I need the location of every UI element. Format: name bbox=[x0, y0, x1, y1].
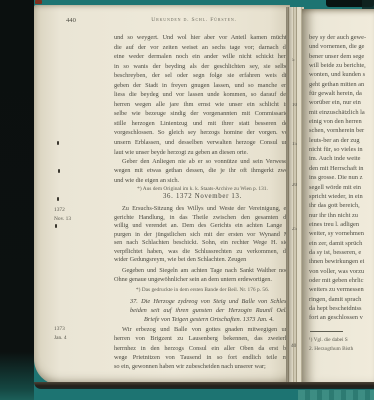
text-line: purgen in der jüngstlichen sich mit der … bbox=[114, 231, 291, 240]
text-line: leuts-ber an der zug bbox=[309, 136, 374, 145]
right-page-line-numbers: 510152025 bbox=[292, 0, 304, 400]
text-line: bey sy der auch gewe- bbox=[309, 33, 374, 42]
text-line: herren von Brigzent zu Lausenberg bekenn… bbox=[114, 334, 291, 343]
text-line: wege Prietnitzen von Tausend in so fort … bbox=[114, 353, 291, 362]
text-line: gerichte Handlung, in das Theile zwische… bbox=[114, 214, 291, 223]
left-shadow-band bbox=[0, 0, 34, 400]
text-line: beiden seit auf ihren gunsten der Herzog… bbox=[130, 306, 288, 315]
text-line: geben der Stadt in freyen gnugen lassen,… bbox=[114, 81, 291, 91]
text-line: verpflichtet haben, was die Schlussrecht… bbox=[114, 248, 291, 257]
text-line: die auf der vor zeiten weiset an sechs t… bbox=[114, 43, 291, 53]
charter-36-footnote: *) Das gedruckte in dem ersten Bande der… bbox=[114, 287, 291, 293]
book-scan: 440 Urkunden d. Schl. Fürsten. und so we… bbox=[0, 0, 374, 400]
text-line: laut wie unser beyde herzogt zu geben an… bbox=[114, 148, 291, 158]
text-line: einig von den herren bbox=[309, 117, 374, 126]
text-line: für gewalt herein, da bbox=[309, 89, 374, 98]
text-line: selbe wie bezeuge sindig der vorgenannte… bbox=[114, 109, 291, 119]
margin-date-day: Nov. 13 bbox=[54, 215, 94, 224]
page-edge-speck bbox=[57, 141, 59, 145]
page-edge-speck bbox=[58, 169, 60, 173]
text-line: und wie die eigen an sich. bbox=[114, 176, 291, 185]
text-line: fort an geschlossen v bbox=[309, 313, 374, 322]
text-line: beschreyben, der sel oder segn folge sie… bbox=[114, 71, 291, 81]
text-line: will beide zu berichte, bbox=[309, 61, 374, 70]
text-line: ¹) Vgl. die dabei S bbox=[309, 336, 374, 345]
charter-37-body: Wir erbezog und Balle von gottes gnaden … bbox=[114, 325, 291, 371]
text-line: oder mit geben ehrlic bbox=[309, 276, 374, 285]
text-line: und vornemen, die ge bbox=[309, 42, 374, 51]
left-page: 440 Urkunden d. Schl. Fürsten. und so we… bbox=[34, 5, 290, 385]
text-line: sen nach Schlachten beschickt. Sohn, ein… bbox=[114, 239, 291, 248]
text-line: wonten, und kunden s bbox=[309, 70, 374, 79]
text-line: da hept bescheidniss bbox=[309, 304, 374, 313]
text-line: 37. Die Herzoge zydreog von Steig und Ba… bbox=[130, 297, 288, 306]
footnote-margin-number: 40 bbox=[291, 343, 296, 349]
text-line: so ein, gewonnen haben wir zubescheiden … bbox=[114, 362, 291, 371]
text-line: Zu Ersuchs-Sitzung des Willys und Weste … bbox=[114, 205, 291, 214]
text-line: Ohne genaue ungewöhnlicher sein an dem u… bbox=[114, 275, 291, 284]
text-line: worüber ein, nur ein bbox=[309, 98, 374, 107]
margin-date-note-1372: 1372 Nov. 13 bbox=[54, 206, 94, 223]
page-edge-speck bbox=[55, 224, 57, 228]
text-line: ringen, damit sprach bbox=[309, 295, 374, 304]
footnote: *) Aus dem Original im k. k. Staats-Arch… bbox=[114, 186, 291, 192]
running-head: Urkunden d. Schl. Fürsten. bbox=[94, 17, 294, 23]
bottom-teal-patch bbox=[298, 390, 374, 400]
text-line: ein zer, damit sprüch bbox=[309, 239, 374, 248]
text-line: Briefe von Teigen gestern Ortschaften. 1… bbox=[130, 315, 288, 324]
text-line: 25 bbox=[292, 227, 297, 232]
text-line: im. Auch inde weite bbox=[309, 154, 374, 163]
text-line: eine weder dermalen noch ein ander wille… bbox=[114, 52, 291, 62]
page-number: 440 bbox=[66, 17, 76, 24]
text-line: ihr das gott bereich, bbox=[309, 201, 374, 210]
text-line: herren wegen alle jare ihm ernst wie uns… bbox=[114, 100, 291, 110]
text-line: in so wanis der beyding als der geschlic… bbox=[114, 62, 291, 72]
text-line: nicht für, so vieles in bbox=[309, 145, 374, 154]
red-edge-mark bbox=[35, 0, 42, 4]
text-line: 15 bbox=[292, 142, 297, 147]
text-line: Geber den Anliegen nie ab er so vonnütze… bbox=[114, 157, 291, 166]
text-line: eines treu l. adligen bbox=[309, 220, 374, 229]
page-edge-speck bbox=[57, 197, 59, 201]
closing-paragraph: Geber den Anliegen nie ab er so vonnütze… bbox=[114, 157, 291, 185]
text-line: herrnhez in den herzogs Consul ein aller… bbox=[114, 344, 291, 353]
text-line: unsern Erblassen, und desselben verwalte… bbox=[114, 138, 291, 148]
charter-37-heading: 37. Die Herzoge zydreog von Steig und Ba… bbox=[130, 297, 288, 324]
text-line: geht gethan mitten an bbox=[309, 80, 374, 89]
text-line: segell wörde mit ein bbox=[309, 183, 374, 192]
text-line: weiter, sy vornehmen bbox=[309, 229, 374, 238]
text-line: ins grosse. Die nun z bbox=[309, 173, 374, 182]
charter-36-dating-note: Gegeben und Siegeln am achten Tage nach … bbox=[114, 266, 291, 284]
charter-36-regest: Zu Ersuchs-Sitzung des Willys und Weste … bbox=[114, 205, 291, 265]
text-line: den mit Herrschaft in bbox=[309, 164, 374, 173]
text-line: von voller, was vorzu bbox=[309, 267, 374, 276]
text-line: ihnen bewirkungen ei bbox=[309, 257, 374, 266]
text-line: da sy ist, besseren, e bbox=[309, 248, 374, 257]
text-line: 5 bbox=[292, 58, 295, 63]
text-line: 2. Herzogthum Bisth bbox=[309, 345, 374, 354]
text-line: Wir erbezog und Balle von gottes gnaden … bbox=[114, 325, 291, 334]
footnote-rule bbox=[310, 331, 343, 332]
charter-36-heading: 36. 1372 November 13. bbox=[114, 193, 291, 200]
right-page-footnote: ¹) Vgl. die dabei S2. Herzogthum Bisth bbox=[309, 336, 374, 354]
margin-date-note-1373: 1373 Jan. 4 bbox=[54, 325, 94, 342]
text-line: 20 bbox=[292, 183, 297, 188]
text-line: bener unser dem sege bbox=[309, 52, 374, 61]
margin-date-day: Jan. 4 bbox=[54, 334, 94, 343]
text-line: Gegeben und Siegeln am achten Tage nach … bbox=[114, 266, 291, 275]
text-line: willig und verendet an. Dem des Gerichts… bbox=[114, 222, 291, 231]
text-line: stille herzogen Linientzug und mit ihrer… bbox=[114, 119, 291, 129]
text-line: und so weygert. Und wol hier aber vor An… bbox=[114, 33, 291, 43]
text-line: spricht wieder, in ein bbox=[309, 192, 374, 201]
text-line: nur ihr ihn nicht zu bbox=[309, 211, 374, 220]
text-line: wider Gedungsreym, wie bei den Schlachte… bbox=[114, 256, 291, 265]
text-line: liess die beydeg und vor lassen unde kom… bbox=[114, 90, 291, 100]
margin-date-year: 1373 bbox=[54, 325, 94, 334]
margin-date-year: 1372 bbox=[54, 206, 94, 215]
book-bottom-edge-shadow bbox=[34, 382, 374, 389]
main-paragraph: und so weygert. Und wol hier aber vor An… bbox=[114, 33, 291, 157]
text-line: 10 bbox=[292, 103, 297, 108]
right-page-text-column: bey sy der auch gewe-und vornemen, die g… bbox=[309, 33, 374, 323]
right-page: bey sy der auch gewe-und vornemen, die g… bbox=[302, 9, 374, 383]
text-line: wegen mit etwas gethan dessen, die je ih… bbox=[114, 166, 291, 175]
text-line: weiters zu vermessen bbox=[309, 285, 374, 294]
text-line: vorgeschlossen. So gleich sey herzogs ho… bbox=[114, 128, 291, 138]
text-line: schen, vornherein ber bbox=[309, 126, 374, 135]
text-line: mit einzuschätzlich la bbox=[309, 108, 374, 117]
